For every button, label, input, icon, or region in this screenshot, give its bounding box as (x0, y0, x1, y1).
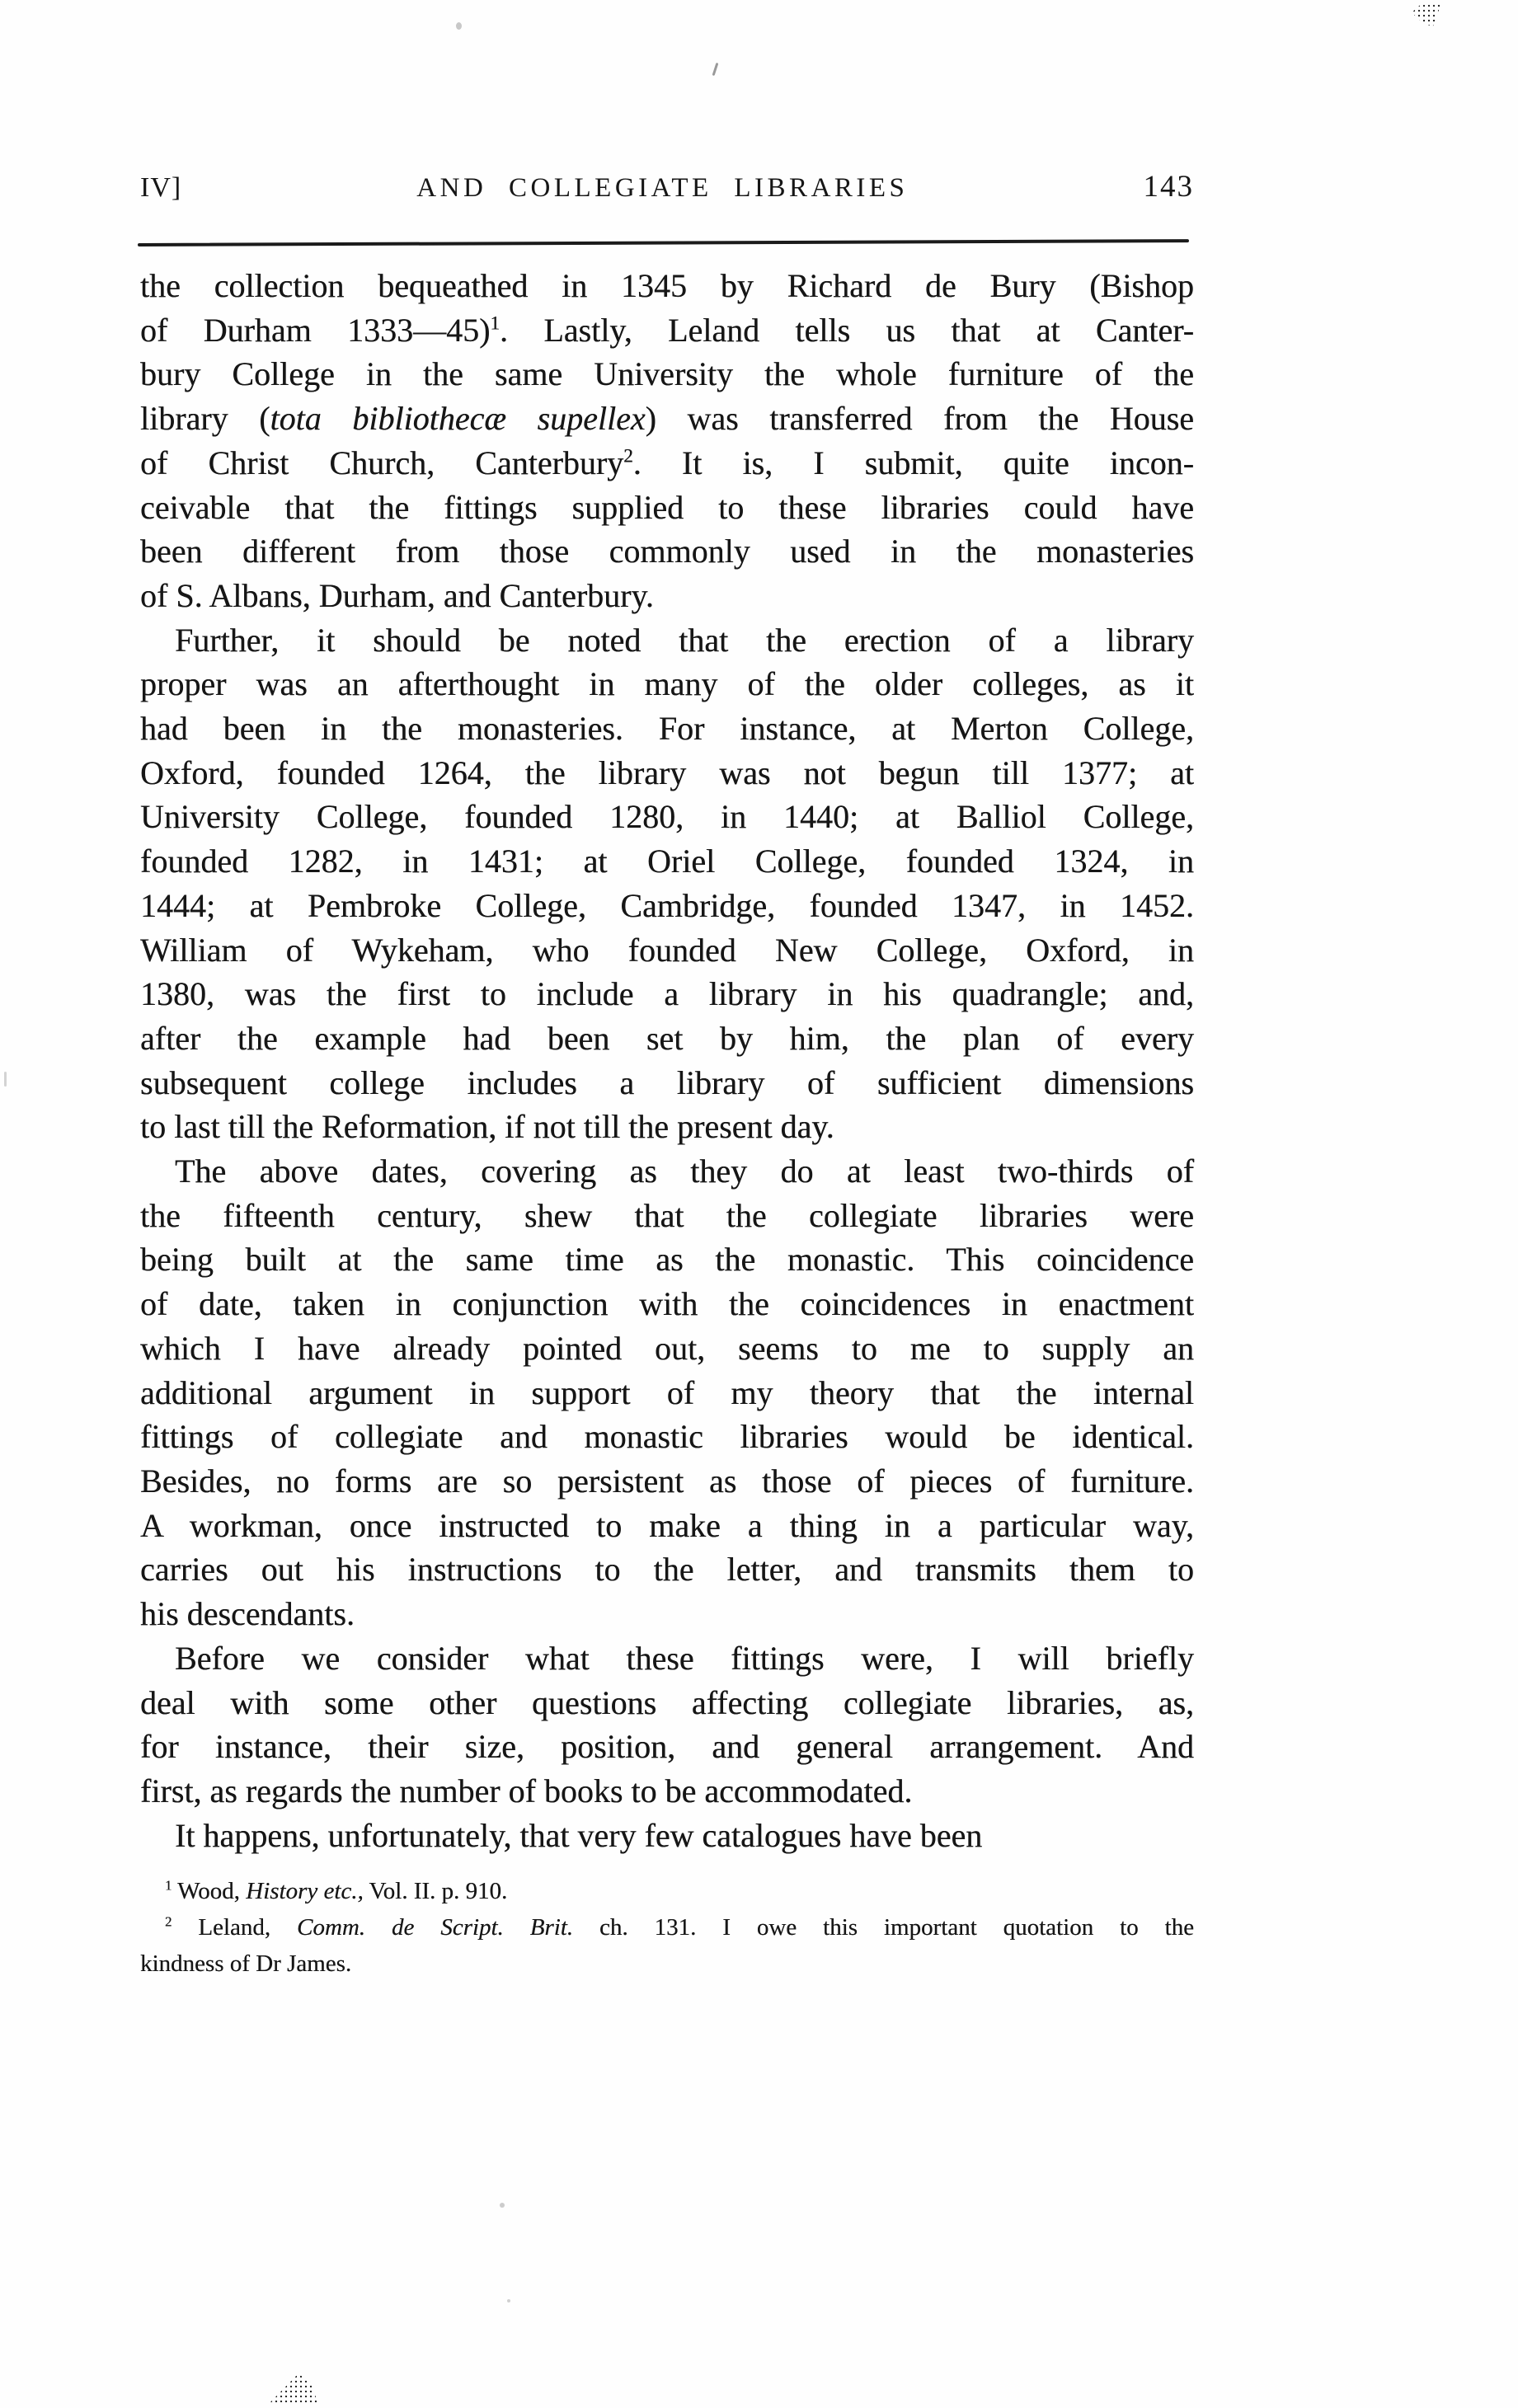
footnote-line: 1 Wood, History etc., Vol. II. p. 910. (140, 1873, 1194, 1909)
scan-speck (4, 1072, 7, 1087)
text-line: being built at the same time as the mona… (140, 1237, 1194, 1282)
text-line: first, as regards the number of books to… (140, 1769, 1194, 1814)
text-line: additional argument in support of my the… (140, 1371, 1194, 1415)
scanned-book-page: IV] AND COLLEGIATE LIBRARIES 143 the col… (0, 0, 1518, 2408)
text-line: been different from those commonly used … (140, 529, 1194, 574)
text-line: Oxford, founded 1264, the library was no… (140, 751, 1194, 796)
footnotes: 1 Wood, History etc., Vol. II. p. 910.2 … (140, 1873, 1194, 1982)
footnote-line: kindness of Dr James. (140, 1946, 1194, 1982)
chapter-signature: IV] (140, 172, 181, 204)
header-rule (138, 239, 1189, 246)
text-line: of Christ Church, Canterbury2. It is, I … (140, 441, 1194, 486)
text-line: A workman, once instructed to make a thi… (140, 1504, 1194, 1548)
text-line: of S. Albans, Durham, and Canterbury. (140, 574, 1194, 618)
text-line: subsequent college includes a library of… (140, 1061, 1194, 1105)
page-header: IV] AND COLLEGIATE LIBRARIES 143 (140, 169, 1194, 220)
text-line: which I have already pointed out, seems … (140, 1326, 1194, 1371)
page-number: 143 (1144, 169, 1195, 204)
running-title: AND COLLEGIATE LIBRARIES (416, 173, 908, 204)
text-line: 1444; at Pembroke College, Cambridge, fo… (140, 884, 1194, 928)
scan-smudge-bottom (269, 2374, 322, 2404)
text-line: Further, it should be noted that the ere… (140, 618, 1194, 663)
text-line: bury College in the same University the … (140, 352, 1194, 397)
scan-speck (500, 2203, 505, 2208)
text-line: of date, taken in conjunction with the c… (140, 1282, 1194, 1326)
text-line: Before we consider what these fittings w… (140, 1636, 1194, 1681)
scan-smudge-top-right (1412, 3, 1441, 26)
text-line: University College, founded 1280, in 144… (140, 795, 1194, 839)
text-line: Besides, no forms are so persistent as t… (140, 1459, 1194, 1504)
text-line: carries out his instructions to the lett… (140, 1547, 1194, 1592)
text-line: It happens, unfortunately, that very few… (140, 1814, 1194, 1858)
scan-speck (507, 2299, 510, 2302)
text-line: his descendants. (140, 1592, 1194, 1636)
text-line: the collection bequeathed in 1345 by Ric… (140, 264, 1194, 308)
text-line: fittings of collegiate and monastic libr… (140, 1415, 1194, 1459)
text-line: had been in the monasteries. For instanc… (140, 706, 1194, 751)
text-line: founded 1282, in 1431; at Oriel College,… (140, 839, 1194, 884)
text-line: The above dates, covering as they do at … (140, 1149, 1194, 1194)
text-line: of Durham 1333—45)1. Lastly, Leland tell… (140, 308, 1194, 353)
text-line: for instance, their size, position, and … (140, 1725, 1194, 1769)
text-line: William of Wykeham, who founded New Coll… (140, 928, 1194, 973)
text-line: to last till the Reformation, if not til… (140, 1105, 1194, 1149)
text-line: ceivable that the fittings supplied to t… (140, 486, 1194, 530)
text-line: the fifteenth century, shew that the col… (140, 1194, 1194, 1238)
text-line: library (tota bibliothecæ supellex) was … (140, 397, 1194, 441)
text-line: deal with some other questions affecting… (140, 1681, 1194, 1725)
text-line: proper was an afterthought in many of th… (140, 662, 1194, 706)
text-line: 1380, was the first to include a library… (140, 972, 1194, 1016)
footnote-line: 2 Leland, Comm. de Script. Brit. ch. 131… (140, 1909, 1194, 1946)
scan-speck (712, 63, 719, 76)
body-text: the collection bequeathed in 1345 by Ric… (140, 264, 1194, 1857)
scan-speck (456, 22, 462, 30)
text-line: after the example had been set by him, t… (140, 1016, 1194, 1061)
